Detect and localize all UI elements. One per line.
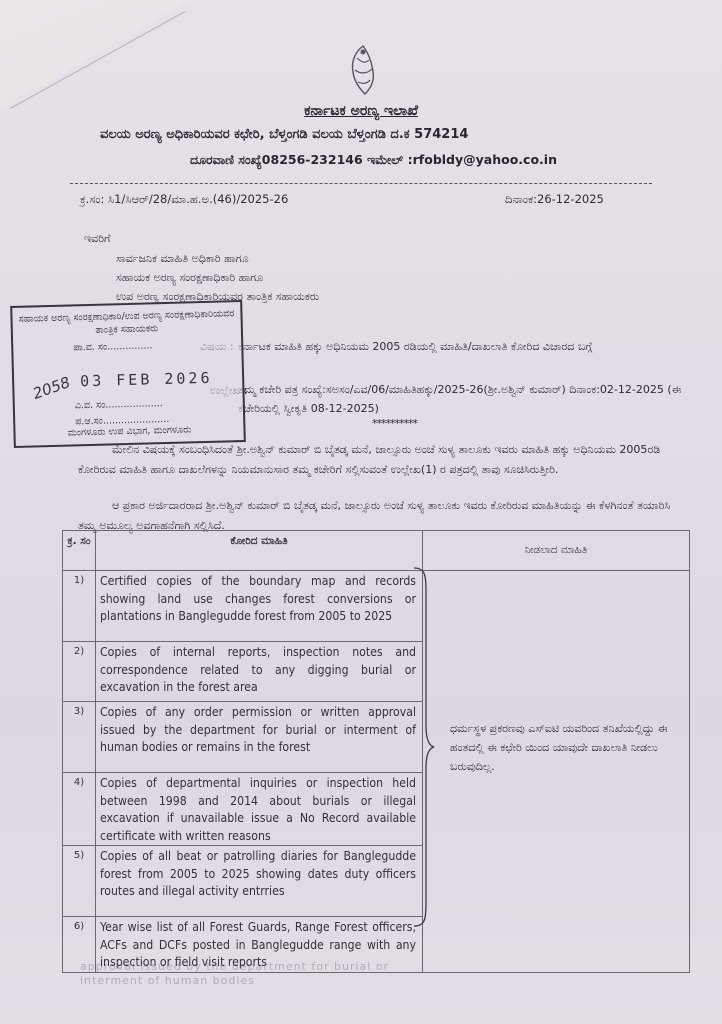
row-serial: 4): [63, 773, 96, 846]
combined-reply: ಧರ್ಮಸ್ಥಳ ಪ್ರಕರಣವು ಎಸ್‌ಐಟಿ ಯವರಿಂದ ತನಿಖೆಯಲ…: [450, 719, 670, 776]
letter-date: ದಿನಾಂಕ:26-12-2025: [505, 192, 604, 207]
header-serial: ಕ್ರ. ಸಂ: [63, 531, 96, 571]
stamp-footer: ಮಂಗಳೂರು ಉಪ ವಿಭಾಗ, ಮಂಗಳೂರು: [15, 423, 243, 440]
stamp-row: ಪಾ.ವ. ಸಂ...............: [73, 340, 152, 353]
row-request: Copies of any order permission or writte…: [96, 702, 423, 773]
reference-number: ಕ್ರ.ಸಂ: ಸಿ1/ಸಿಆರ್/28/ಮಾ.ಹ.ಅ.(46)/2025-26: [80, 192, 288, 207]
row-request: Copies of internal reports, inspection n…: [96, 642, 423, 702]
reference-text: ತಮ್ಮ ಕಚೇರಿ ಪತ್ರ ಸಂಖ್ಯೆ:ಸಅಸಂ/ಎವ/06/ಮಾಹಿತಿ…: [238, 380, 698, 418]
stamp-received-date: 03 FEB 2026: [80, 369, 213, 390]
body-paragraph: ಮೇಲಿನ ವಿಷಯಕ್ಕೆ ಸಂಬಂಧಿಸಿದಂತೆ ಶ್ರೀ.ಅಶ್ವಿನ್…: [78, 440, 688, 480]
letter-page: ಕರ್ನಾಟಕ ಅರಣ್ಯ ಇಲಾಖೆ ವಲಯ ಅರಣ್ಯ ಅಧಿಕಾರಿಯವರ…: [0, 0, 722, 1024]
header-requested: ಕೋರಿದ ಮಾಹಿತಿ: [96, 531, 423, 571]
stamp-heading: ಸಹಾಯಕ ಅರಣ್ಯ ಸಂರಕ್ಷಣಾಧಿಕಾರಿ/ಉಪ ಅರಣ್ಯ ಸಂರಕ…: [12, 307, 241, 339]
row-request: Certified copies of the boundary map and…: [96, 571, 423, 642]
stamp-row: ವಿ.ವ. ಸಂ...................: [75, 398, 163, 411]
curly-brace-icon: [412, 566, 436, 928]
row-request: Copies of departmental inquiries or insp…: [96, 773, 423, 846]
row-serial: 3): [63, 702, 96, 773]
to-label: ಇವರಿಗೆ: [84, 232, 110, 246]
row-serial: 5): [63, 846, 96, 917]
inward-stamp: ಸಹಾಯಕ ಅರಣ್ಯ ಸಂರಕ್ಷಣಾಧಿಕಾರಿ/ಉಪ ಅರಣ್ಯ ಸಂರಕ…: [10, 300, 246, 448]
recipient-line: ಸಾರ್ವಜನಿಕ ಮಾಹಿತಿ ಅಧಿಕಾರಿ ಹಾಗೂ: [116, 252, 249, 266]
table-header-row: ಕ್ರ. ಸಂ ಕೋರಿದ ಮಾಹಿತಿ ನೀಡಲಾದ ಮಾಹಿತಿ: [63, 531, 690, 571]
row-request: Copies of all beat or patrolling diaries…: [96, 846, 423, 917]
subject-text: ಕರ್ನಾಟಕ ಮಾಹಿತಿ ಹಕ್ಕು ಅಧಿನಿಯಮ 2005 ರಡಿಯಲ್…: [238, 337, 668, 356]
department-title: ಕರ್ನಾಟಕ ಅರಣ್ಯ ಇಲಾಖೆ: [0, 103, 722, 119]
bleed-through-text: approval issued by the department for bu…: [80, 960, 420, 988]
separator: **********: [372, 417, 417, 430]
karnataka-emblem-icon: [345, 44, 381, 96]
row-serial: 1): [63, 571, 96, 642]
table-row: 1)Certified copies of the boundary map a…: [63, 571, 690, 642]
office-address: ವಲಯ ಅರಣ್ಯ ಅಧಿಕಾರಿಯವರ ಕಛೇರಿ, ಬೆಳ್ತಂಗಡಿ ವಲ…: [100, 127, 468, 142]
contact-line: ದೂರವಾಣಿ ಸಂಖ್ಯೆ08256-232146 ಇಮೇಲ್ :rfobld…: [190, 152, 557, 168]
row-serial: 2): [63, 642, 96, 702]
header-divider: [70, 183, 652, 184]
header-provided: ನೀಡಲಾದ ಮಾಹಿತಿ: [423, 531, 690, 571]
recipient-line: ಸಹಾಯಕ ಅರಣ್ಯ ಸಂರಕ್ಷಣಾಧಿಕಾರಿ ಹಾಗೂ: [116, 271, 263, 285]
stamp-inward-number: 2058: [30, 373, 72, 403]
